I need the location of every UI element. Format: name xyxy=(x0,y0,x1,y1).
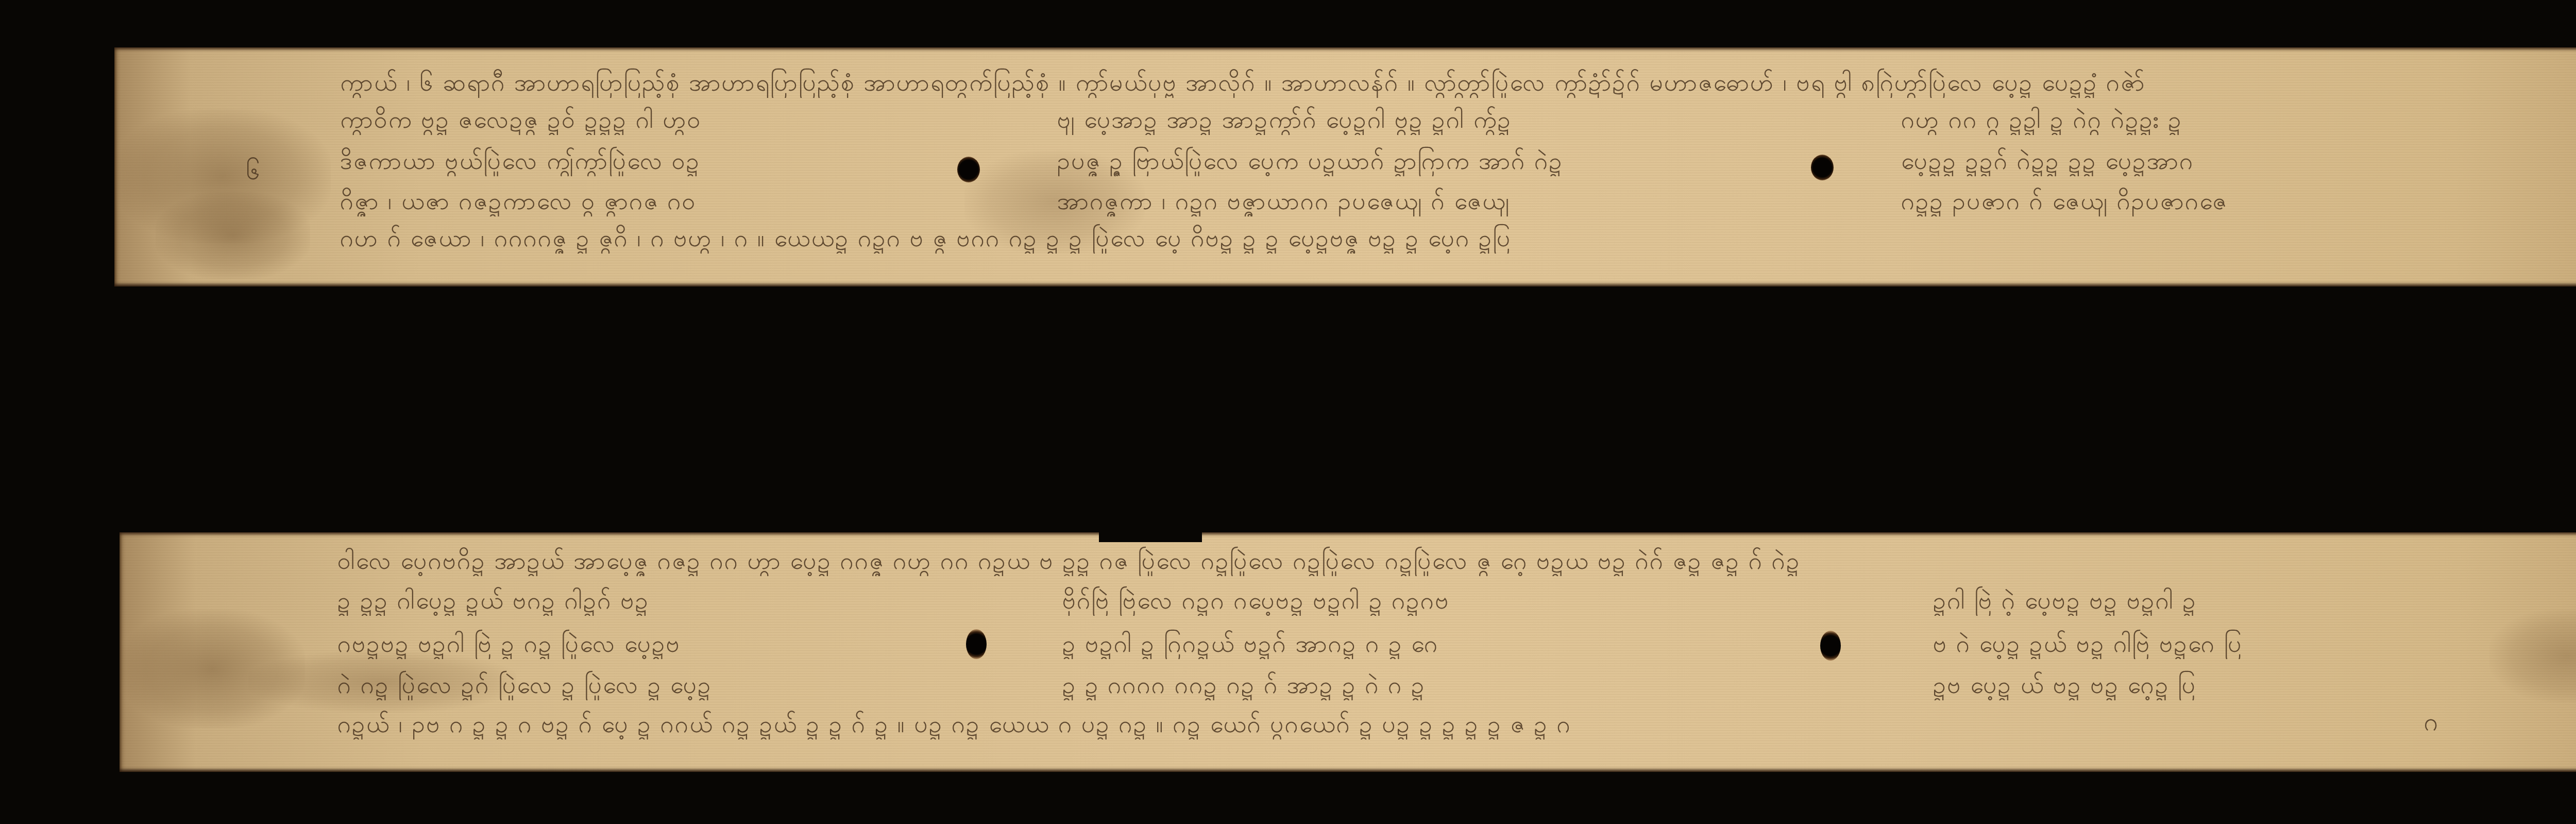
binding-hole xyxy=(1820,631,1841,661)
text-line-3-left: ဒိဇကာယာ ဗ္ဂယ်ပြုဲလေ ကျွ်ကွာ်ပြုဲလေ ဝဍ္ဂ xyxy=(340,145,860,176)
folio-mark: ဂ xyxy=(2424,707,2437,743)
text-line-5: ဂဍ္ဂယ် ၊ ဥဗ ဂ ဍ္ဂ ဍ္ဂ ဂ ဗဍ္ဂ ဂ် ပေ့ ဍ္ဂ … xyxy=(337,709,2429,739)
text-line-2-left: ဍ္ဂ ဍ္ဂဍ္ဂ ဂါပေ့ဍ္ဂ ဍ္ဂယ် ဗဂဍ္ဂ ဂါဍ္ဂဂ် … xyxy=(337,585,858,616)
binding-hole xyxy=(1811,155,1834,180)
stain xyxy=(2489,610,2576,702)
text-line-1: ဝါလေ ပေ့ဂဗဂိဍ္ဂ အာဍ္ဂယ် အာပေ့ဇ္ဇ ဂဇဍ္ဂ ဂ… xyxy=(337,545,2429,576)
text-line-2-right: ဂဟ္ဂ ဂဂ ဂ္ဂ ဍ္ဂဍ္ဂါ ဍ္ဂ ဂဲဂ္ဂ ဂဲဍ္ဂဍ္ဂး … xyxy=(1901,104,2401,135)
palm-leaf-bottom: ဝါလေ ပေ့ဂဗဂိဍ္ဂ အာဍ္ဂယ် အာပေ့ဇ္ဇ ဂဇဍ္ဂ ဂ… xyxy=(120,532,2576,772)
text-line-3-right: ဗ ဂဲ ပေ့ဍ္ဂ ဍ္ဂယ် ဗဍ္ဂ ဂါဗြဲ ဗဍ္ဂဂေ ပြ xyxy=(1933,628,2433,659)
palm-leaf-top: ၆ ကွာယ် ၊ ၆ ဆရာဂီ အာဟာရပြာပြည့်စုံ အာဟာရ… xyxy=(114,47,2576,287)
text-line-5: ဂဟ ဂ် ဇေယာ ၊ ဂဂဂဂဇ္ဇ ဍ္ဂ ဇ္ဂဂိ ၊ ဂ ဗဟ္ဂ … xyxy=(340,223,2406,254)
text-line-2-right: ဍ္ဂဂါ ဗြဲ ဂဲ့ ပေ့ဗဍ္ဂ ဗဍ္ဂ ဗဍ္ဂဂါ ဍ္ဂ xyxy=(1933,585,2433,616)
text-line-4-right: ဂဍ္ဂဍ္ဂ ဥပဇာဂ ဂ် ဇေယျ ဂိဥပဇာဂဇေ xyxy=(1901,186,2401,216)
stain xyxy=(156,192,310,279)
text-line-4-center: ဍ္ဂ ဍ္ဂ ဂဂဂဂ ဂဂဍ္ဂ ဂဍ္ဂ ဂ် အာဍ္ဂ ဍ္ဂ ဂဲ … xyxy=(1062,669,1748,700)
binding-hole xyxy=(966,629,987,659)
text-line-3-center: ဥပဇ္ဇ ဥ္ဇ ဗြာယ်ပြုဲလေ ပေ့က ပဍ္ဂယာဂ် ဍ္ဂာ… xyxy=(1057,145,1768,176)
text-line-3-left: ဂဗဍ္ဂဗဍ္ဂ ဗဍ္ဂဂါ ဗြဲ ဍ္ဂ ဂဍ္ဂ ပြုဲလေ ပေ့… xyxy=(337,628,858,659)
text-line-1: ကွာယ် ၊ ၆ ဆရာဂီ အာဟာရပြာပြည့်စုံ အာဟာရပြ… xyxy=(340,67,2406,98)
text-line-4-center: အာဂဇ္ဇကာ ၊ ဂဍ္ဂဂ ဗဇ္ဇာယာဂဂ ဥပဇေယျ ဂ် ဇေယ… xyxy=(1057,186,1768,216)
text-line-4-right: ဍ္ဂဗ ပေ့ဍ္ဂ ယ် ဗဍ္ဂ ဗဍ္ဂ ဂေ့ဍ္ဂ ပြ xyxy=(1933,669,2433,700)
text-line-4-left: ဂိဇ္ဇာ ၊ ယဇာ ဂဇဍ္ဂကာလေ ဝ္ဂ ဇ္ဂာဂဇ ဂဝ xyxy=(340,186,860,216)
text-line-4-left: ဂဲ ဂဍ္ဂ ပြုဲလေ ဍ္ဂဂ် ပြုဲလေ ဍ္ဂ ပြုဲလေ ဍ… xyxy=(337,669,858,700)
text-line-3-right: ပေ့ဍ္ဂဍ္ဂ ဍ္ဂဍ္ဂဂ် ဂဲဍ္ဂဍ္ဂ ဍ္ဂဍ္ဂ ပေ့ဍ္… xyxy=(1901,145,2401,176)
binding-hole xyxy=(957,157,980,182)
text-line-3-center: ဍ္ဂ ဗဍ္ဂဂါ ဍ္ဂ ဂြဂဍ္ဂယ် ဗဍ္ဂဂ် အာဂဍ္ဂ ဂ … xyxy=(1062,628,1748,659)
text-line-2-center: ဗျ ပေ့အာဍ္ဂ အာဍ္ဂ အာဍ္ဂကွာ်ဂ် ပေ့ဍ္ဂဂါ ဗ… xyxy=(1057,104,1768,135)
text-line-2-left: ကွာဝိက ဗ္ဂဍ္ဂ ဇလေဍဇ္ဂ ဍ္ဂဝ် ဍ္ဂဍ္ဂဍ္ဂ ဂါ… xyxy=(340,104,860,135)
leaf-edge-damage xyxy=(1099,531,1202,542)
folio-mark: ၆ xyxy=(246,156,260,192)
text-line-2-center: ဗိုဂ်ဗြဲ ဗြဲလေ ဂဍ္ဂဂ ဂပေ့ဗဍ္ဂ ဗဍ္ဂဂါ ဍ္ဂ… xyxy=(1062,585,1748,616)
